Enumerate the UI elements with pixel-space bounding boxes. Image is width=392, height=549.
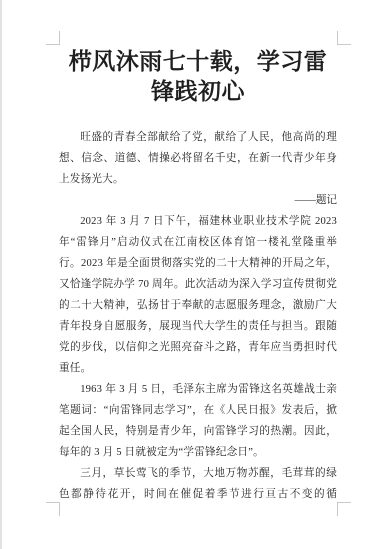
text-boundary-mark-top-left <box>46 31 60 45</box>
document-page: { "document": { "title": "栉风沐雨七十载，学习雷锋践初… <box>0 0 392 549</box>
text-boundary-mark-bottom-right <box>337 502 351 516</box>
page-canvas: 栉风沐雨七十载，学习雷锋践初心 旺盛的青春全部献给了党，献给了人民，他高尚的理想… <box>2 0 392 549</box>
body-paragraph: 1963 年 3 月 5 日，毛泽东主席为雷锋这名英雄战士亲笔题词：“向雷锋同志… <box>59 379 337 463</box>
document-title: 栉风沐雨七十载，学习雷锋践初心 <box>59 47 337 107</box>
epigraph-paragraph: 旺盛的青春全部献给了党，献给了人民，他高尚的理想、信念、道德、情操必将留名千史，… <box>59 127 337 190</box>
text-boundary-mark-bottom-left <box>46 502 60 516</box>
epigraph-attribution: ——题记 <box>59 190 337 211</box>
text-boundary-mark-top-right <box>337 31 351 45</box>
body-paragraph: 2023 年 3 月 7 日下午，福建林业职业技术学院 2023 年“雷锋月”启… <box>59 211 337 379</box>
text-area: 栉风沐雨七十载，学习雷锋践初心 旺盛的青春全部献给了党，献给了人民，他高尚的理想… <box>59 44 337 502</box>
body-paragraph: 三月，草长莺飞的季节，大地万物苏醒，毛茸茸的绿色都静待花开，时间在催促着季节进行… <box>59 463 337 502</box>
